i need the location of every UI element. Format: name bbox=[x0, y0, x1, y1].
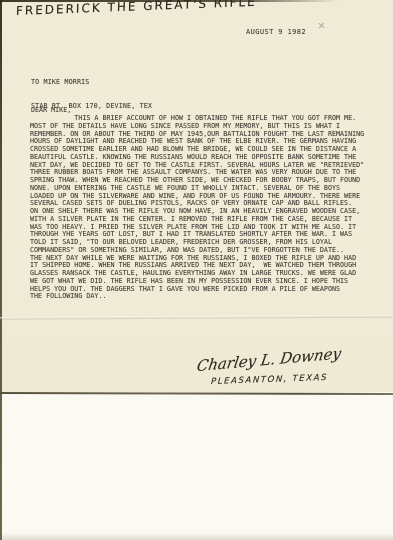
scan-bottom-shade bbox=[0, 533, 393, 540]
letter-date: AUGUST 9 1982 bbox=[246, 28, 306, 36]
scanned-letter: FREDERICK THE GREAT'S RIFLE AUGUST 9 198… bbox=[0, 0, 393, 540]
smudge-mark bbox=[318, 22, 325, 29]
recipient-name: TO MIKE MORRIS bbox=[31, 78, 152, 86]
letter-body: THIS A BRIEF ACCOUNT OF HOW I OBTAINED T… bbox=[30, 115, 364, 301]
scan-left-edge bbox=[0, 0, 2, 540]
salutation: DEAR MIKE, bbox=[31, 106, 71, 114]
paper-bottom-edge bbox=[0, 392, 393, 395]
body-line: THE FOLLOWING DAY.. bbox=[30, 293, 364, 301]
